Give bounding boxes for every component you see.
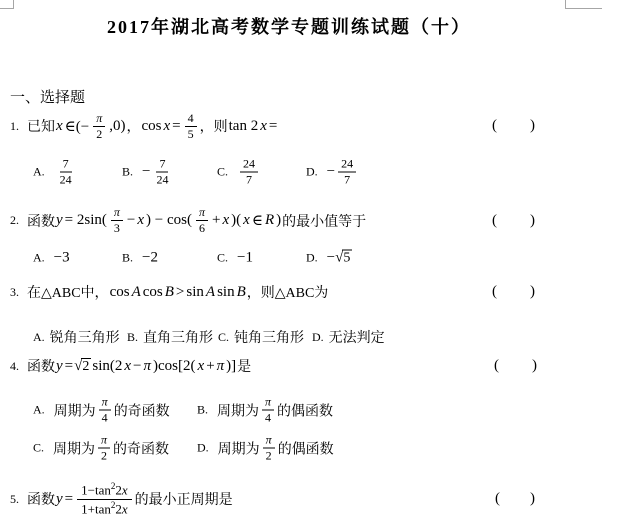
fraction-denominator: 5 (185, 127, 197, 142)
option-suffix: 的奇函数 (113, 438, 169, 458)
option-sign: − (327, 164, 335, 181)
question-2-lead: 函数 (27, 211, 55, 231)
math-var-y: y (56, 212, 63, 229)
option-C: C. 钝角三角形 (218, 327, 304, 347)
option-D: D. − 24 7 (306, 157, 359, 188)
math-sin: sin(2 (92, 358, 122, 375)
option-C: C. −1 (217, 250, 253, 267)
math-var-x: x (124, 358, 131, 375)
question-1-then: ，则 (200, 116, 228, 136)
option-prefix: 周期为 (54, 400, 96, 420)
question-1-options: A. 7 24 B. − 7 24 C. 24 7 D. − 24 7 (0, 151, 643, 193)
option-D: D. − √ 5 (306, 250, 352, 267)
option-label: B. (197, 403, 208, 418)
option-label: C. (33, 441, 44, 456)
math-var-x: x (56, 118, 63, 135)
option-label: A. (33, 330, 45, 345)
question-4-lead: 函数 (27, 356, 55, 376)
cjk-comma: ， (127, 116, 141, 136)
math-cos: cos (110, 284, 130, 301)
answer-bracket-open: ( (492, 118, 497, 135)
question-3-tail: ，则△ABC为 (247, 282, 329, 302)
question-4-options-row-2: C. 周期为 π 2 的奇函数 D. 周期为 π 2 的偶函数 (0, 427, 643, 469)
option-value: 钝角三角形 (234, 327, 304, 347)
question-2-tail: 的最小值等于 (282, 211, 366, 231)
math-var-B: B (165, 284, 174, 301)
option-suffix: 的偶函数 (277, 400, 333, 420)
option-value: 锐角三角形 (50, 327, 120, 347)
math-membership: ∈(− (65, 117, 90, 136)
radicand: 2 (81, 358, 91, 375)
question-1-number: 1. (10, 119, 27, 134)
math-equals: = (65, 491, 73, 508)
fraction-numerator: π (263, 433, 275, 449)
option-value: −1 (237, 250, 253, 267)
math-greater-than: > (176, 284, 184, 301)
option-prefix: 周期为 (53, 438, 95, 458)
fraction-denominator: 24 (153, 173, 171, 188)
math-var-x: x (164, 118, 171, 135)
math-cos: cos (143, 284, 163, 301)
option-label: B. (122, 165, 133, 180)
fraction-numerator: π (196, 205, 208, 221)
text-boundary-mark-right (565, 0, 602, 9)
option-B: B. −2 (122, 250, 158, 267)
fraction-pi-over-2: π 2 (98, 433, 110, 464)
math-sin: sin (217, 284, 235, 301)
option-label: D. (306, 165, 318, 180)
fraction-pi-over-3: π 3 (111, 205, 123, 236)
question-4-tail: 是 (237, 356, 251, 376)
math-equals: = (65, 358, 73, 375)
question-4-options-row-1: A. 周期为 π 4 的奇函数 B. 周期为 π 4 的偶函数 (0, 389, 643, 431)
option-label: D. (306, 251, 318, 266)
radicand: 5 (342, 250, 352, 267)
math-cos: cos (142, 118, 162, 135)
fraction-denominator: 1+tan22x (77, 500, 132, 518)
fraction-denominator: 6 (196, 221, 208, 236)
question-1-lead: 已知 (27, 116, 55, 136)
option-B: B. 周期为 π 4 的偶函数 (197, 395, 333, 426)
fraction-denominator: 7 (341, 173, 353, 188)
fraction-denominator: 4 (262, 411, 274, 426)
option-label: A. (33, 165, 45, 180)
option-B: B. 直角三角形 (127, 327, 213, 347)
fraction-numerator: π (262, 395, 274, 411)
question-5-tail: 的最小正周期是 (135, 489, 233, 509)
fraction-pi-over-4: π 4 (262, 395, 274, 426)
math-minus: − (127, 212, 135, 229)
option-value: 直角三角形 (143, 327, 213, 347)
option-A: A. 锐角三角形 (33, 327, 120, 347)
option-value: 无法判定 (329, 327, 385, 347)
math-equals: = (172, 118, 180, 135)
question-5-lead: 函数 (27, 489, 55, 509)
option-label: A. (33, 251, 45, 266)
math-equals: = (269, 118, 277, 135)
option-prefix: 周期为 (217, 400, 259, 420)
answer-bracket-open: ( (492, 284, 497, 301)
fraction-denominator: 24 (57, 173, 75, 188)
math-minus: − (133, 358, 141, 375)
math-var-y: y (56, 358, 63, 375)
answer-bracket-open: ( (495, 491, 500, 508)
fraction-pi-over-4: π 4 (99, 395, 111, 426)
option-suffix: 的奇函数 (114, 400, 170, 420)
fraction-tan-expression: 1−tan22x 1+tan22x (77, 481, 132, 517)
option-label: B. (122, 251, 133, 266)
option-suffix: 的偶函数 (278, 438, 334, 458)
option-label: C. (217, 165, 228, 180)
numerator-text: 1−tan (81, 482, 111, 497)
math-sin: sin (186, 284, 204, 301)
fraction-numerator: 24 (338, 157, 356, 173)
math-var-x: x (260, 118, 267, 135)
math-plus: + (206, 358, 214, 375)
answer-bracket-close: ) (530, 118, 535, 135)
math-plus: + (212, 212, 220, 229)
question-3: 3. 在△ABC中， cos A cos B > sin A sin B ，则△… (10, 282, 643, 302)
option-A: A. −3 (33, 250, 70, 267)
question-2: 2. 函数 y = 2sin( π 3 − x ) − cos( π 6 + x… (10, 198, 643, 243)
denominator-text: 1+tan (81, 501, 111, 516)
fraction-numerator: 24 (240, 157, 258, 173)
math-mid: )cos[2( (153, 358, 195, 375)
question-2-options: A. −3 B. −2 C. −1 D. − √ 5 (0, 247, 643, 269)
option-label: B. (127, 330, 138, 345)
fraction-7-over-24: 7 24 (57, 157, 75, 188)
question-1: 1. 已知 x ∈(− π 2 ,0) ， cos x = 4 5 ，则 tan… (10, 103, 643, 149)
fraction-pi-over-2: π 2 (93, 111, 105, 142)
option-sign: − (327, 250, 335, 267)
option-label: D. (197, 441, 209, 456)
fraction-denominator: 2 (93, 127, 105, 142)
fraction-24-over-7: 24 7 (338, 157, 356, 188)
fraction-denominator: 4 (99, 411, 111, 426)
option-value: −2 (142, 250, 158, 267)
answer-bracket-close: ) (530, 491, 535, 508)
answer-bracket-close: ) (532, 358, 537, 375)
option-C: C. 周期为 π 2 的奇函数 (33, 433, 169, 464)
question-5: 5. 函数 y = 1−tan22x 1+tan22x 的最小正周期是 ( ) (10, 475, 643, 523)
math-interval-end: ,0) (109, 118, 125, 135)
math-var-A: A (132, 284, 141, 301)
math-paren: )( (231, 212, 241, 229)
math-var-x: x (243, 212, 250, 229)
fraction-numerator: 7 (60, 157, 72, 173)
math-close: )] (226, 358, 236, 375)
option-label: D. (312, 330, 324, 345)
question-3-options: A. 锐角三角形 B. 直角三角形 C. 钝角三角形 D. 无法判定 (0, 327, 643, 347)
option-label: C. (217, 251, 228, 266)
question-4: 4. 函数 y = √ 2 sin(2 x − π )cos[2( x + π … (10, 353, 643, 379)
math-var-B: B (237, 284, 246, 301)
denominator-var: x (122, 501, 128, 516)
option-B: B. − 7 24 (122, 157, 174, 188)
fraction-4-over-5: 4 5 (185, 111, 197, 142)
option-value: −3 (54, 250, 70, 267)
text-boundary-mark-left (0, 0, 14, 9)
option-sign: − (142, 164, 150, 181)
fraction-denominator: 2 (98, 449, 110, 464)
option-label: C. (218, 330, 229, 345)
fraction-numerator: π (93, 111, 105, 127)
fraction-numerator: 4 (185, 111, 197, 127)
question-2-number: 2. (10, 213, 27, 228)
option-D: D. 周期为 π 2 的偶函数 (197, 433, 334, 464)
fraction-numerator: 7 (156, 157, 168, 173)
option-A: A. 周期为 π 4 的奇函数 (33, 395, 170, 426)
page-title: 2017年湖北高考数学专题训练试题（十） (13, 13, 565, 39)
fraction-pi-over-6: π 6 (196, 205, 208, 236)
fraction-numerator: 1−tan22x (77, 481, 132, 500)
answer-bracket-open: ( (494, 358, 499, 375)
numerator-var: x (122, 482, 128, 497)
math-pi: π (217, 358, 225, 375)
option-D: D. 无法判定 (312, 327, 385, 347)
fraction-denominator: 3 (111, 221, 123, 236)
math-tan2: tan 2 (229, 118, 259, 135)
fraction-numerator: π (99, 395, 111, 411)
option-C: C. 24 7 (217, 157, 261, 188)
math-var-R: R (265, 212, 274, 229)
answer-bracket-close: ) (530, 212, 535, 229)
option-prefix: 周期为 (218, 438, 260, 458)
math-var-y: y (56, 491, 63, 508)
fraction-24-over-7: 24 7 (240, 157, 258, 188)
fraction-pi-over-2: π 2 (263, 433, 275, 464)
math-paren: ) (276, 212, 281, 229)
math-var-x: x (137, 212, 144, 229)
question-5-number: 5. (10, 492, 27, 507)
option-A: A. 7 24 (33, 157, 78, 188)
math-mid: ) − cos( (146, 212, 192, 229)
fraction-denominator: 7 (243, 173, 255, 188)
fraction-denominator: 2 (263, 449, 275, 464)
answer-bracket-close: ) (530, 284, 535, 301)
question-3-lead: 在△ABC中， (27, 282, 109, 302)
question-4-number: 4. (10, 359, 27, 374)
fraction-numerator: π (111, 205, 123, 221)
answer-bracket-open: ( (492, 212, 497, 229)
math-var-x: x (222, 212, 229, 229)
math-pi: π (144, 358, 152, 375)
option-label: A. (33, 403, 45, 418)
fraction-numerator: π (98, 433, 110, 449)
question-3-number: 3. (10, 285, 27, 300)
math-var-A: A (206, 284, 215, 301)
fraction-7-over-24: 7 24 (153, 157, 171, 188)
math-var-x: x (198, 358, 205, 375)
math-eq-2sin: = 2sin( (65, 212, 107, 229)
math-membership: ∈ (252, 211, 263, 230)
